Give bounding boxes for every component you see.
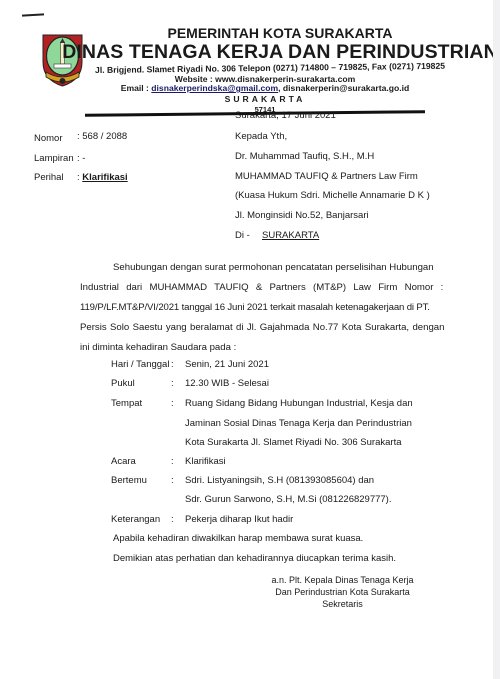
body-line-4: Persis Solo Saestu yang beralamat di Jl.… [80, 322, 480, 333]
body-line-3: 119/P/LF.MT&P/VI/2021 tanggal 16 Juni 20… [80, 302, 480, 313]
place-date: Surakarta, 17 Juni 2021 [235, 110, 336, 121]
email-link-primary[interactable]: disnakerperindska@gmail.com [151, 83, 278, 93]
detail-colon: : [171, 398, 174, 409]
perihal-field: : Klarifikasi [77, 172, 128, 183]
recipient-di-label: Di - [235, 230, 250, 241]
perihal-label: Perihal [34, 172, 64, 183]
letterhead-government: PEMERINTAH KOTA SURAKARTA [60, 25, 500, 41]
email-secondary: , disnakerperin@surakarta.go.id [278, 83, 409, 93]
nomor-label: Nomor [34, 133, 63, 144]
detail-value-note: Pekerja diharap Ikut hadir [185, 514, 293, 525]
detail-label-note: Keterangan [111, 514, 160, 525]
body-line-1: Sehubungan dengan surat permohonan penca… [113, 262, 483, 273]
signature-line-3: Sekretaris [245, 599, 440, 609]
detail-label-event: Acara [111, 456, 136, 467]
body-closing: Demikian atas perhatian dan kehadirannya… [113, 553, 396, 564]
detail-colon: : [171, 359, 174, 370]
detail-colon: : [171, 456, 174, 467]
detail-label-date: Hari / Tanggal [111, 359, 169, 370]
body-line-2: Industrial dari MUHAMMAD TAUFIQ & Partne… [80, 282, 480, 293]
detail-label-meet: Bertemu [111, 475, 147, 486]
letterhead-city: SURAKARTA [100, 94, 430, 104]
detail-value-date: Senin, 21 Juni 2021 [185, 359, 269, 370]
lampiran-label: Lampiran [34, 153, 74, 164]
detail-value-meet-2: Sdr. Gurun Sarwono, S.H, M.Si (081226829… [185, 494, 391, 505]
detail-colon: : [171, 475, 174, 486]
letter-page: PEMERINTAH KOTA SURAKARTA DINAS TENAGA K… [0, 0, 493, 679]
detail-value-time: 12.30 WIB - Selesai [185, 378, 269, 389]
nomor-value: : 568 / 2088 [77, 131, 127, 142]
lampiran-value: : - [77, 153, 85, 164]
recipient-street: Jl. Monginsidi No.52, Banjarsari [235, 210, 369, 221]
detail-colon: : [171, 514, 174, 525]
recipient-city: SURAKARTA [262, 230, 319, 241]
detail-value-place-2: Jaminan Sosial Dinas Tenaga Kerja dan Pe… [185, 418, 412, 429]
scan-mark [22, 13, 44, 16]
scrollbar-track[interactable] [493, 0, 500, 679]
body-note: Apabila kehadiran diwakilkan harap memba… [113, 533, 363, 544]
detail-value-place-1: Ruang Sidang Bidang Hubungan Industrial,… [185, 398, 413, 409]
detail-colon: : [171, 378, 174, 389]
detail-label-place: Tempat [111, 398, 142, 409]
detail-label-time: Pukul [111, 378, 135, 389]
signature-line-1: a.n. Plt. Kepala Dinas Tenaga Kerja [245, 575, 440, 585]
detail-value-meet-1: Sdri. Listyaningsih, S.H (081393085604) … [185, 475, 374, 486]
perihal-value: Klarifikasi [82, 172, 127, 183]
recipient-name: Dr. Muhammad Taufiq, S.H., M.H [235, 151, 374, 162]
email-label: Email : [121, 83, 152, 93]
recipient-proxy: (Kuasa Hukum Sdri. Michelle Annamarie D … [235, 190, 430, 201]
recipient-greeting: Kepada Yth, [235, 131, 287, 142]
detail-value-place-3: Kota Surakarta Jl. Slamet Riyadi No. 306… [185, 437, 402, 448]
signature-line-2: Dan Perindustrian Kota Surakarta [245, 587, 440, 597]
detail-value-event: Klarifikasi [185, 456, 226, 467]
recipient-firm: MUHAMMAD TAUFIQ & Partners Law Firm [235, 171, 418, 182]
body-line-5: ini diminta kehadiran Saudara pada : [80, 342, 480, 353]
letterhead-email: Email : disnakerperindska@gmail.com, dis… [90, 83, 440, 93]
